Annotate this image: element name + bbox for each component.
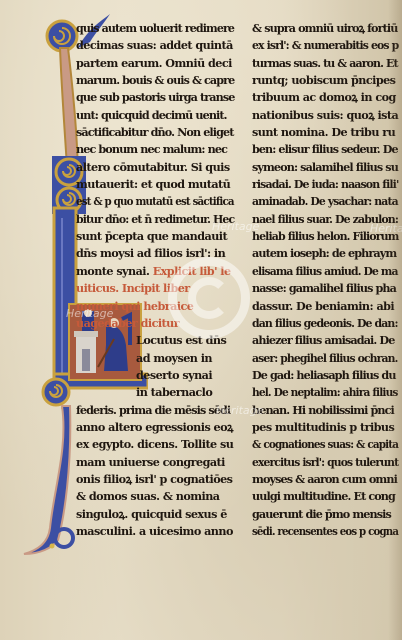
text-line: autem ioseph: de ephraym	[252, 245, 398, 262]
text-line: risadai. De iuda: naason fili'	[252, 176, 395, 193]
manuscript-page: quis autem uoluerit redimere decimas sua…	[0, 0, 402, 640]
text-line: est & p quo mutatū est sāctifica	[76, 193, 221, 210]
text-line: tribuum ac domoꝝ in cog	[252, 89, 398, 106]
text-line: decimas suas: addet quintā	[76, 37, 234, 54]
text-line: marum. bouis & ouis & capre	[76, 72, 233, 89]
text-line: moyses & aaron cum omni	[252, 471, 398, 488]
text-line: turmas suas. tu & aaron. Et	[252, 55, 395, 72]
text-line: & domos suas. & nomina	[76, 488, 234, 505]
text-line: ex egypto. dicens. Tollite su	[76, 436, 234, 453]
text-line: in tabernaclo	[76, 384, 234, 401]
text-line: nasse: gamalihel filius pha	[252, 280, 398, 297]
text-line: elisama filius amiud. De ma	[252, 263, 393, 280]
text-line: masculini. a uicesimo anno	[76, 523, 234, 540]
text-line: gauerunt die p̄mo mensis	[252, 506, 398, 523]
text-line: unt: quicquid decimū uenit.	[76, 107, 234, 124]
text-line: onis filioꝝ isrl' p cognatiōes	[76, 471, 234, 488]
text-line: mutauerit: et quod mutatū	[76, 176, 234, 193]
text-line: ahiezer filius amisadai. De	[252, 332, 398, 349]
text-line: & cognationes suas: & capita	[252, 436, 388, 453]
text-line: ex isrl': & numerabitis eos p	[252, 37, 394, 54]
text-line: aminadab. De ysachar: nata	[252, 193, 393, 210]
text-line: dassur. De beniamin: abi	[252, 298, 398, 315]
text-line: altero cōmutabitur. Si quis	[76, 159, 234, 176]
text-line: exercitus isrl': quos tulerunt	[252, 454, 392, 471]
text-line: pes multitudinis p tribus	[252, 419, 398, 436]
text-column-right: & supra omniū uiroꝝ fortiū ex isrl': & n…	[252, 20, 398, 540]
text-line: dan filius gedeonis. De dan:	[252, 315, 394, 332]
text-line: nec bonum nec malum: nec	[76, 141, 234, 158]
text-line: sunt p̄cepta que mandauit	[76, 228, 234, 245]
text-line: runtq; uobiscum p̄ncipes	[252, 72, 398, 89]
text-line: que sub pastoris uirga transe	[76, 89, 234, 106]
text-line: anno altero egressionis eoꝝ	[76, 419, 234, 436]
text-line: sunt nomina. De tribu ru	[252, 124, 398, 141]
text-line: sāctificabitur dn̄o. Non eliget	[76, 124, 234, 141]
text-line: quis autem uoluerit redimere	[76, 20, 232, 37]
text-fragment: monte synai.	[76, 264, 149, 278]
text-line: singuloꝝ. quicquid sexus ē	[76, 506, 234, 523]
text-line: bitur dn̄o: et n̄ redimetur. Hec	[76, 211, 230, 228]
text-line: federis. prima die mēsis sēdi	[76, 402, 234, 419]
text-line: De gad: heliasaph filius du	[252, 367, 398, 384]
text-line: mam uniuerse congregati	[76, 454, 234, 471]
text-line: symeon: salamihel filius su	[252, 159, 398, 176]
text-line: henan. Hi nobilissimi p̄nci	[252, 402, 398, 419]
text-line: uulgi multitudine. Et cong	[252, 488, 398, 505]
text-line: partem earum. Omniū deci	[76, 55, 234, 72]
text-line: nationibus suis: quoꝝ ista	[252, 107, 398, 124]
page-edge-shadow	[388, 0, 402, 640]
watermark-copyright-icon	[188, 277, 230, 319]
text-line: sēdi. recensentes eos p cogna	[252, 523, 385, 540]
text-line: deserto synai	[76, 367, 234, 384]
watermark-text: Heritage	[212, 220, 259, 233]
text-line: ben: elisur filius sedeur. De	[252, 141, 397, 158]
watermark-text: Heritage	[216, 404, 263, 417]
watermark-text: Heritage	[66, 307, 113, 320]
text-line: aser: phegihel filius ochran.	[252, 350, 393, 367]
text-line: ad moysen in	[76, 350, 234, 367]
text-line: & supra omniū uiroꝝ fortiū	[252, 20, 398, 37]
text-line: hel. De neptalim: ahira filius	[252, 384, 390, 401]
